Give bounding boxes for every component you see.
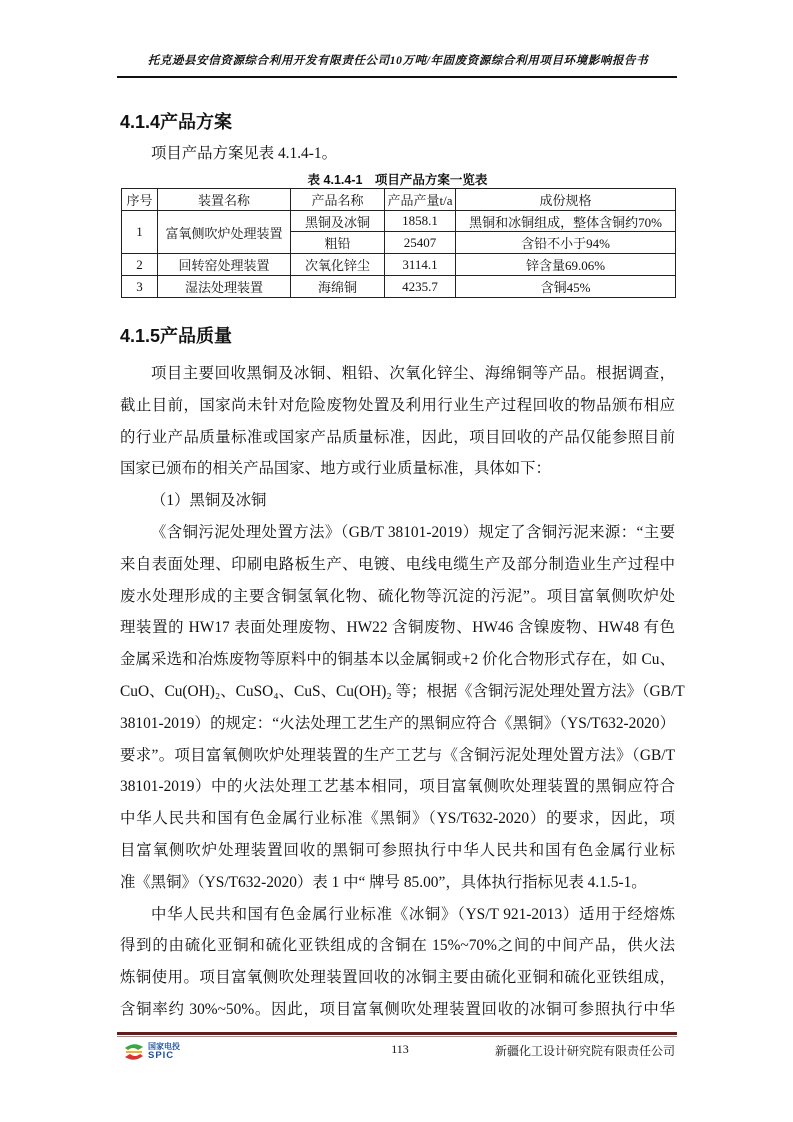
cell-unit: 湿法处理装置 (158, 276, 291, 298)
header-divider (117, 76, 677, 78)
body-line: 来自表面处理、印刷电路板生产、电镀、电线电缆生产及部分制造业生产过程中 (120, 549, 675, 581)
body-line: 准《黑铜》（YS/T632-2020）表 1 中“ 牌号 85.00”，具体执行… (120, 867, 675, 899)
body-line: 中华人民共和国有色金属行业标准《冰铜》（YS/T 921-2013）适用于经熔炼 (120, 899, 675, 931)
table-row: 3 湿法处理装置 海绵铜 4235.7 含铜45% (122, 276, 676, 298)
cell-no: 3 (122, 276, 158, 298)
body-line: 中华人民共和国有色金属行业标准《黑铜》（YS/T632-2020）的要求，因此，… (120, 803, 675, 835)
col-header: 成份规格 (456, 189, 676, 211)
table-row: 1 富氧侧吹炉处理装置 黑铜及冰铜 1858.1 黑铜和冰铜组成，整体含铜约70… (122, 211, 676, 232)
section-heading-4-1-4: 4.1.4产品方案 (120, 108, 232, 134)
cell-product: 黑铜及冰铜 (291, 211, 385, 232)
body-line: 目富氧侧吹炉处理装置回收的黑铜可参照执行中华人民共和国有色金属行业标 (120, 835, 675, 867)
cell-product: 海绵铜 (291, 276, 385, 298)
logo-text-en: SPIC (148, 1051, 180, 1060)
subheading-black-copper: （1）黑铜及冰铜 (120, 485, 675, 517)
cell-output: 3114.1 (385, 254, 456, 276)
cell-output: 25407 (385, 232, 456, 254)
footer-divider-thin (117, 1036, 677, 1037)
table-row: 2 回转窑处理装置 次氧化锌尘 3114.1 锌含量69.06% (122, 254, 676, 276)
body-line: 38101-2019）的规定：“火法处理工艺生产的黑铜应符合《黑铜》（YS/T6… (120, 708, 675, 740)
logo-text: 国家电投 SPIC (148, 1042, 180, 1060)
section-414-intro: 项目产品方案见表 4.1.4-1。 (120, 138, 675, 170)
cell-spec: 黑铜和冰铜组成，整体含铜约70% (456, 211, 676, 232)
cell-no: 1 (122, 211, 158, 254)
col-header: 产品名称 (291, 189, 385, 211)
section-heading-4-1-5: 4.1.5产品质量 (120, 322, 232, 348)
body-line: 的行业产品质量标准或国家产品质量标准，因此，项目回收的产品仅能参照目前 (120, 422, 675, 454)
cell-unit: 富氧侧吹炉处理装置 (158, 211, 291, 254)
body-line: 理装置的 HW17 表面处理废物、HW22 含铜废物、HW46 含镍废物、HW4… (120, 612, 675, 644)
cell-spec: 锌含量69.06% (456, 254, 676, 276)
body-line: 含铜率约 30%~50%。因此，项目富氧侧吹处理装置回收的冰铜可参照执行中华 (120, 994, 675, 1026)
cell-product: 粗铅 (291, 232, 385, 254)
cell-output: 1858.1 (385, 211, 456, 232)
body-line: 废水处理形成的主要含铜氢氧化物、硫化物等沉淀的污泥”。项目富氧侧吹炉处 (120, 581, 675, 613)
body-line: 项目主要回收黑铜及冰铜、粗铅、次氧化锌尘、海绵铜等产品。根据调查， (120, 358, 675, 390)
cell-unit: 回转窑处理装置 (158, 254, 291, 276)
intro-line: 项目产品方案见表 4.1.4-1。 (120, 138, 675, 170)
cell-spec: 含铅不小于94% (456, 232, 676, 254)
body-line: 截止目前，国家尚未针对危险废物处置及利用行业生产过程回收的物品颁布相应 (120, 390, 675, 422)
body-line: 《含铜污泥处理处置方法》（GB/T 38101-2019）规定了含铜污泥来源：“… (120, 517, 675, 549)
body-line: 38101-2019）中的火法处理工艺基本相同，项目富氧侧吹处理装置的黑铜应符合 (120, 771, 675, 803)
body-line: 国家已颁布的相关产品国家、地方或行业质量标准，具体如下： (120, 453, 675, 485)
col-header: 装置名称 (158, 189, 291, 211)
body-line: 金属采选和冶炼废物等原料中的铜基本以金属铜或+2 价化合物形式存在，如 Cu、 (120, 644, 675, 676)
page-number: 113 (380, 1042, 420, 1057)
spic-logo: 国家电投 SPIC (122, 1042, 222, 1064)
body-line: 要求”。项目富氧侧吹炉处理装置的生产工艺与《含铜污泥处理处置方法》（GB/T (120, 740, 675, 772)
product-plan-table: 序号 装置名称 产品名称 产品产量t/a 成份规格 1 富氧侧吹炉处理装置 黑铜… (121, 188, 676, 298)
cell-spec: 含铜45% (456, 276, 676, 298)
body-line: CuO、Cu(OH)₂、CuSO₄、CuS、Cu(OH)₂ 等；根据《含铜污泥处… (120, 676, 675, 708)
table-header-row: 序号 装置名称 产品名称 产品产量t/a 成份规格 (122, 189, 676, 211)
cell-no: 2 (122, 254, 158, 276)
cell-product: 次氧化锌尘 (291, 254, 385, 276)
running-header-title: 托克逊县安信资源综合利用开发有限责任公司10万吨/年固废资源综合利用项目环境影响… (118, 52, 678, 68)
table-caption: 表 4.1.4-1 项目产品方案一览表 (120, 170, 675, 188)
col-header: 产品产量t/a (385, 189, 456, 211)
body-line: 炼铜使用。项目富氧侧吹处理装置回收的冰铜主要由硫化亚铜和硫化亚铁组成， (120, 962, 675, 994)
footer-divider (117, 1032, 677, 1035)
spic-logo-icon (122, 1042, 146, 1062)
col-header: 序号 (122, 189, 158, 211)
footer-company: 新疆化工设计研究院有限责任公司 (470, 1042, 675, 1059)
body-line: 得到的由硫化亚铜和硫化亚铁组成的含铜在 15%~70%之间的中间产品，供火法 (120, 930, 675, 962)
cell-output: 4235.7 (385, 276, 456, 298)
section-415-body: 项目主要回收黑铜及冰铜、粗铅、次氧化锌尘、海绵铜等产品。根据调查， 截止目前，国… (120, 358, 675, 1026)
